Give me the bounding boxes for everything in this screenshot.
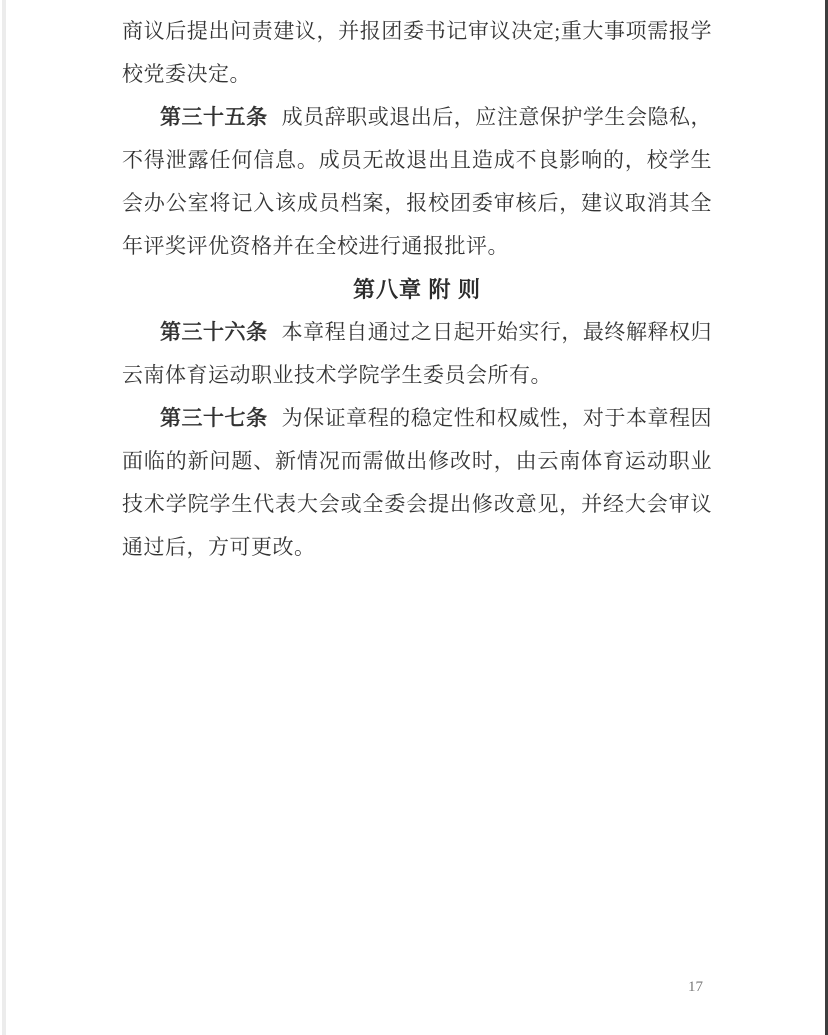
article-36-paragraph: 第三十六条本章程自通过之日起开始实行，最终解释权归云南体育运动职业技术学院学生委… <box>122 311 712 397</box>
article-37-term: 第三十七条 <box>160 406 282 430</box>
document-page: 商议后提出问责建议，并报团委书记审议决定;重大事项需报学校党委决定。 第三十五条… <box>0 0 828 1035</box>
article-35-paragraph: 第三十五条成员辞职或退出后，应注意保护学生会隐私，不得泄露任何信息。成员无故退出… <box>122 96 712 268</box>
article-36-term: 第三十六条 <box>160 320 282 344</box>
continuation-paragraph: 商议后提出问责建议，并报团委书记审议决定;重大事项需报学校党委决定。 <box>122 10 712 96</box>
article-37-paragraph: 第三十七条为保证章程的稳定性和权威性，对于本章程因面临的新问题、新情况而需做出修… <box>122 397 712 569</box>
page-number: 17 <box>688 979 703 996</box>
article-35-term: 第三十五条 <box>160 105 282 129</box>
chapter-heading: 第八章 附 则 <box>122 268 712 311</box>
page-content: 商议后提出问责建议，并报团委书记审议决定;重大事项需报学校党委决定。 第三十五条… <box>122 10 712 569</box>
left-edge-line <box>2 0 6 1035</box>
